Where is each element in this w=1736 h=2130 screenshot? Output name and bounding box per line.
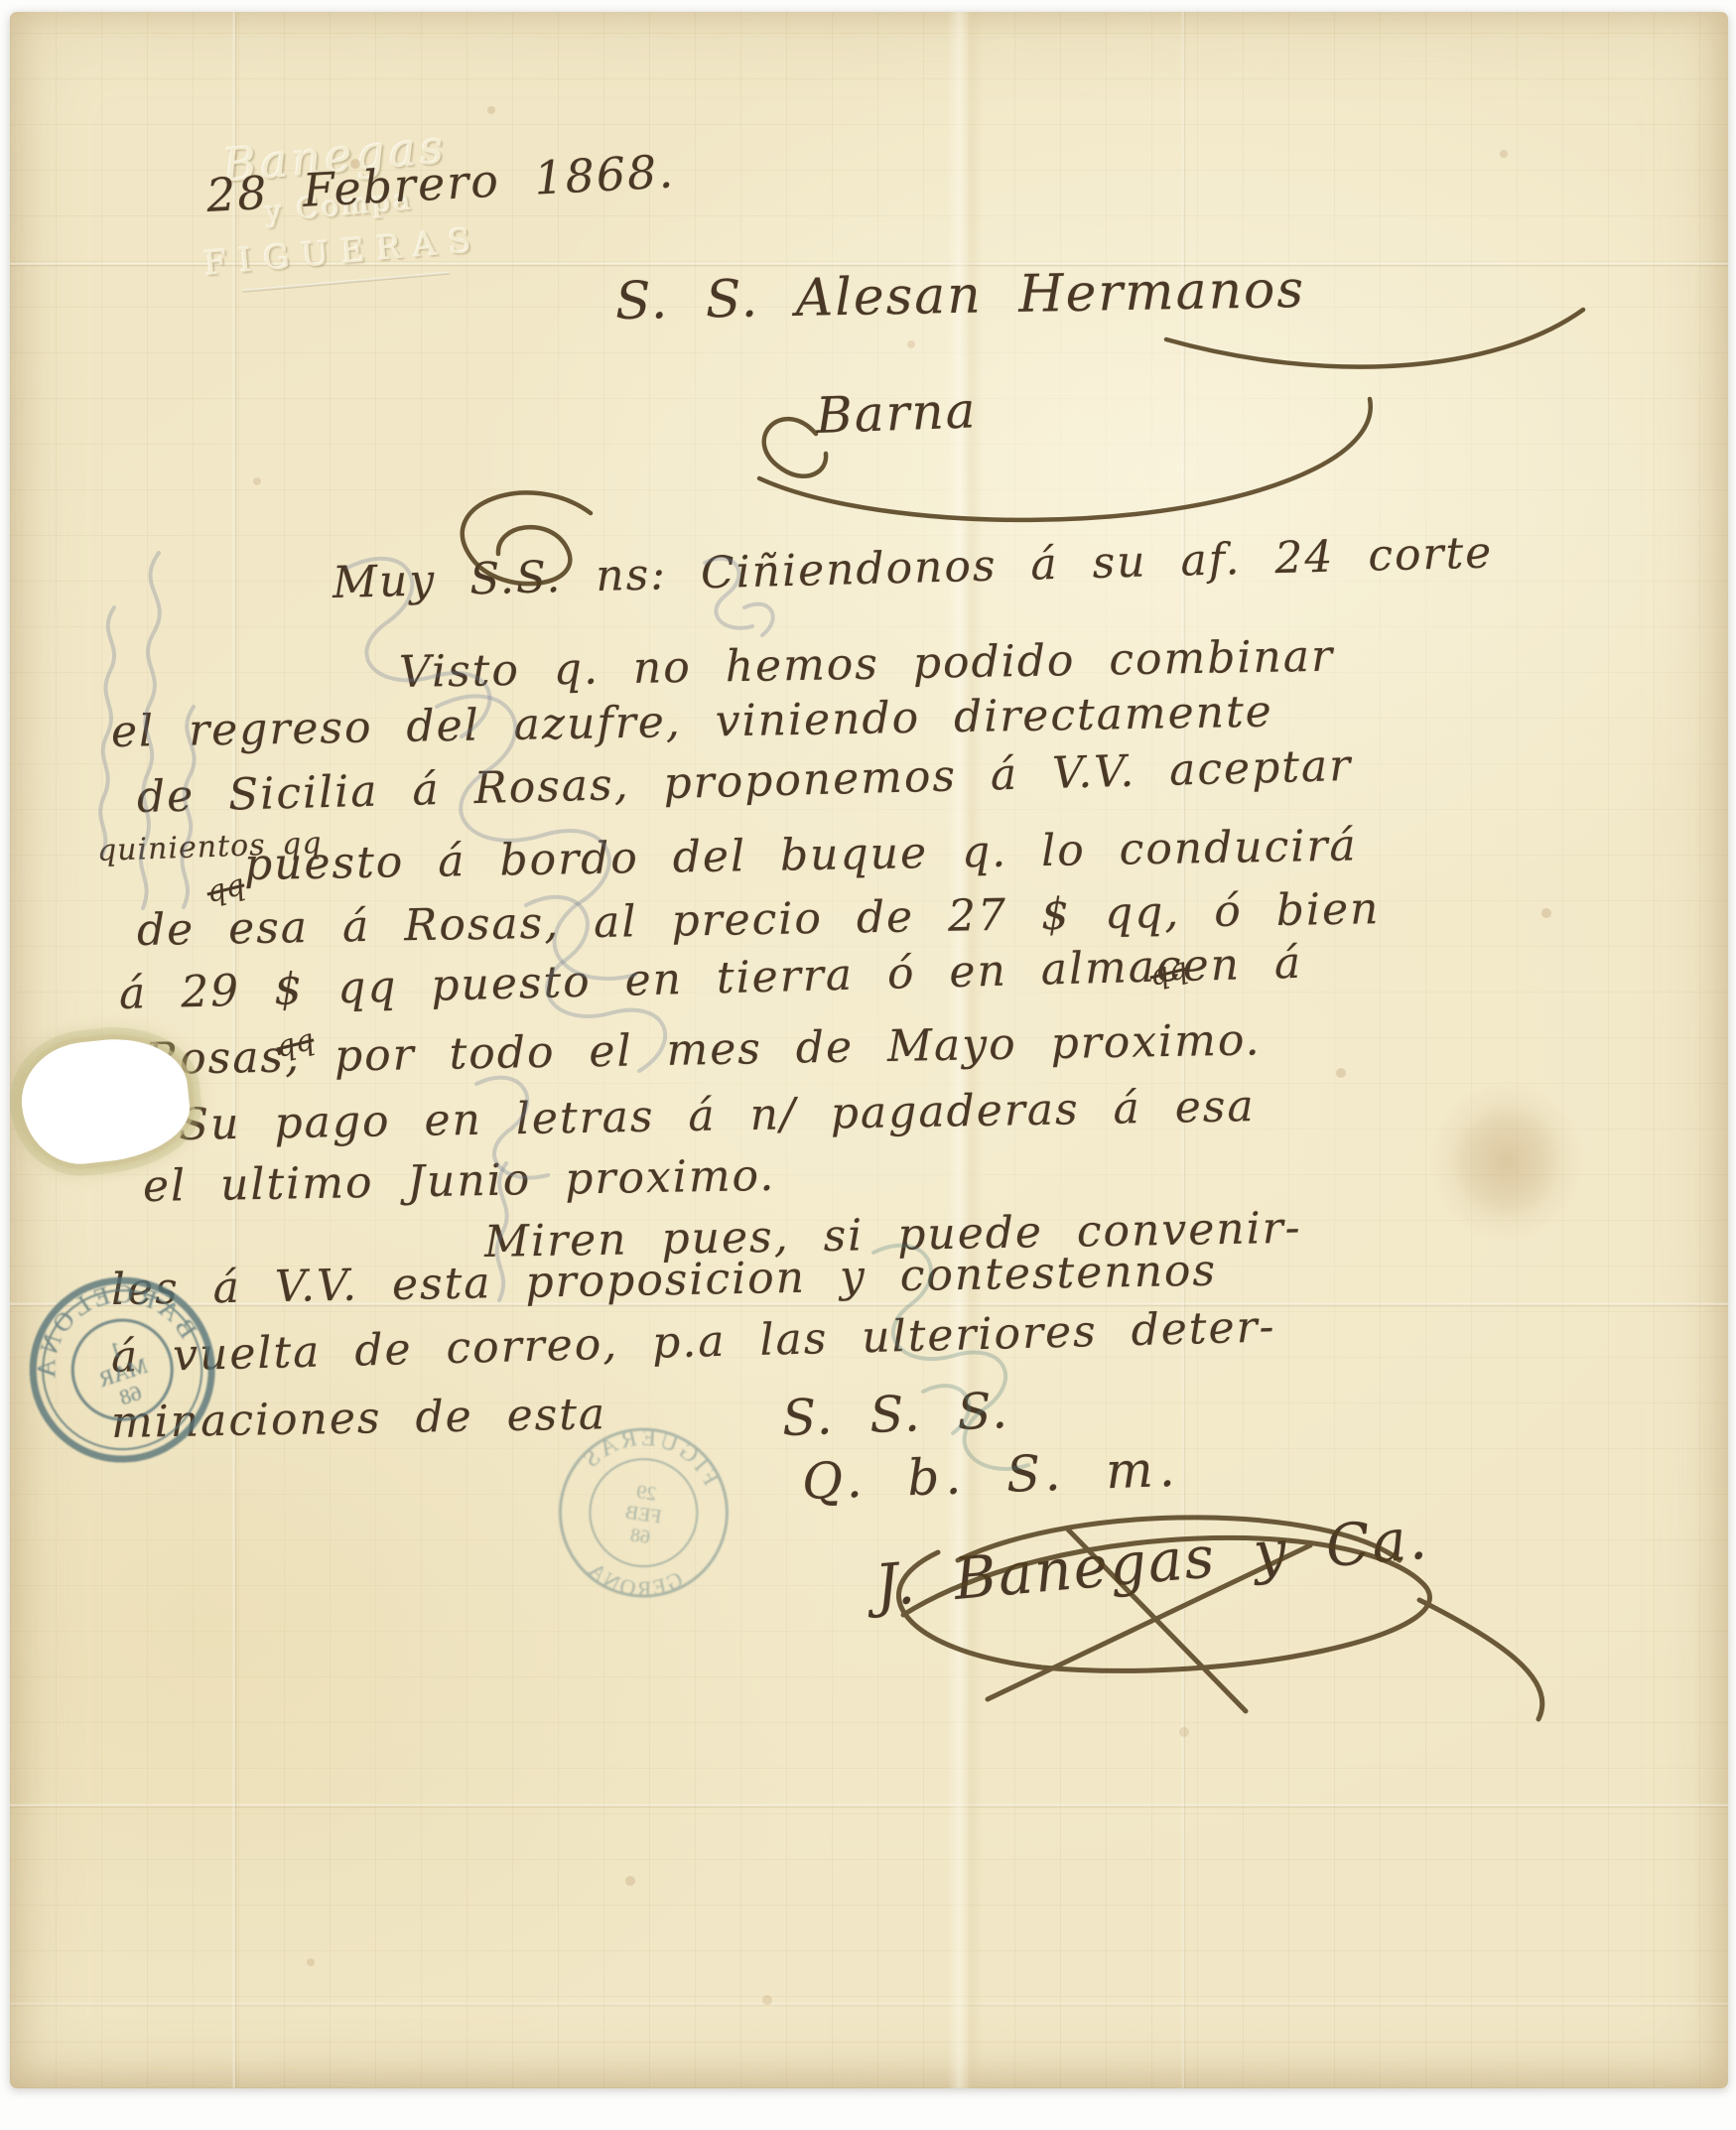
- foxing-spots: [10, 12, 16, 18]
- body-line: minaciones de esta: [111, 1389, 607, 1448]
- stain-spot: [1431, 1082, 1582, 1241]
- postmark-province-text: GERONA: [579, 1553, 689, 1608]
- postmark-day: 29: [635, 1481, 658, 1506]
- postmark-year: 68: [629, 1525, 652, 1549]
- scanned-letter: Banegas y Compa FIGUERAS 28 Febrero 1868…: [0, 0, 1736, 2130]
- addressee-name: S. S. Alesan Hermanos: [614, 260, 1305, 332]
- postmark-month: FEB: [623, 1502, 662, 1529]
- addressee-city: Barna: [815, 381, 978, 445]
- postmark-figueras: FIGUERAS GERONA 29 FEB 68: [539, 1409, 747, 1622]
- letter-paper: Banegas y Compa FIGUERAS 28 Febrero 1868…: [10, 12, 1728, 2088]
- body-line: Su pago en letras á n/ pagaderas á esa: [179, 1081, 1257, 1150]
- body-line: el ultimo Junio proximo.: [143, 1150, 776, 1212]
- body-line: Muy S.S. ns: Ciñiendonos á su af. 24 cor…: [332, 527, 1493, 608]
- body-line: á vuelta de correo, p.a las ulteriores d…: [110, 1301, 1276, 1383]
- svg-text:GERONA: GERONA: [579, 1553, 689, 1608]
- closing-formula: Q. b. S. m.: [801, 1440, 1181, 1511]
- fold-crease-horizontal: [10, 1803, 1728, 1808]
- closing-courtesy: S. S. S.: [781, 1382, 1010, 1447]
- body-line: puesto á bordo del buque q. lo conducirá: [244, 820, 1359, 890]
- fold-crease-horizontal: [10, 2002, 1728, 2007]
